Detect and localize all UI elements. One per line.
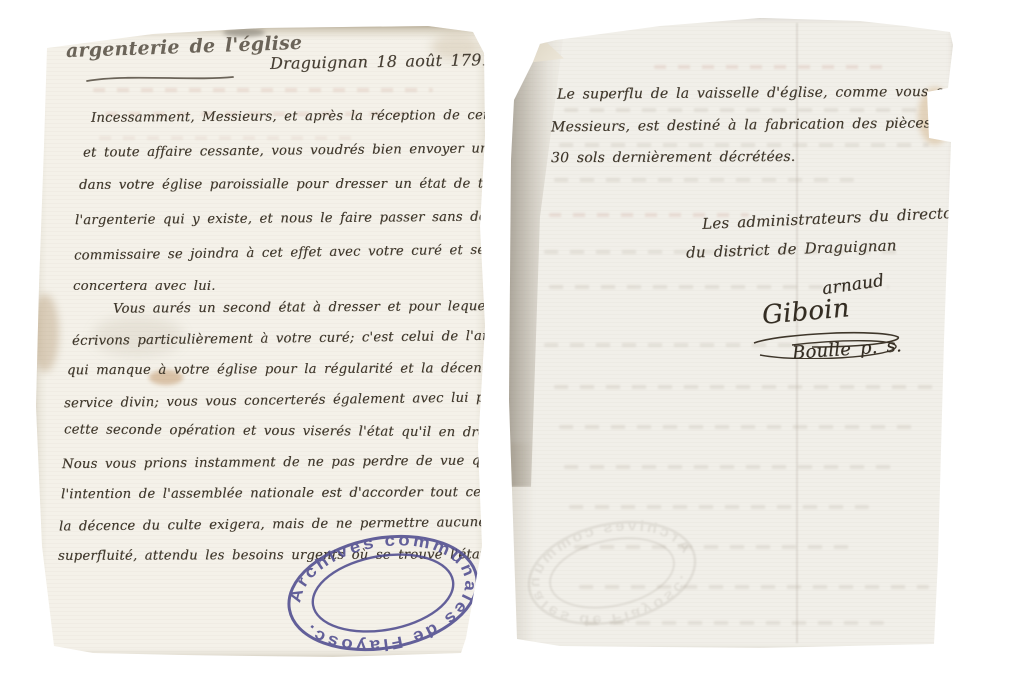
show-through-line: [564, 465, 894, 469]
dateline: Draguignan 18 août 1791: [270, 50, 492, 73]
letter-page-left: argenterie de l'église Draguignan 18 aoû…: [33, 26, 491, 660]
closing-line-1: Les administrateurs du directoire: [702, 203, 974, 233]
handwritten-line: l'argenterie qui y existe, et nous le fa…: [75, 200, 575, 238]
show-through-line: [93, 88, 433, 92]
handwritten-line: Nous vous prions instamment de ne pas pe…: [62, 445, 537, 480]
show-through-line: [554, 385, 934, 389]
handwritten-line: qui manque à votre église pour la régula…: [67, 353, 541, 386]
edge-stain: [31, 294, 59, 372]
handwritten-line: dans votre église paroissialle pour dres…: [79, 167, 579, 203]
handwritten-line: Messieurs, est destiné à la fabrication …: [551, 107, 1005, 144]
paragraph-right: Le superflu de la vaisselle d'église, co…: [551, 77, 1004, 173]
show-through-line: [654, 65, 894, 69]
paragraph-1: Incessamment, Messieurs, et après la réc…: [73, 100, 573, 304]
handwritten-line: et toute affaire cessante, vous voudrés …: [83, 131, 583, 170]
closing-line-2: du district de Draguignan: [686, 236, 897, 261]
document-scan: argenterie de l'église Draguignan 18 aoû…: [0, 0, 1024, 685]
handwritten-line: l'intention de l'assemblée nationale est…: [61, 477, 535, 510]
handwritten-line: commissaire se joindra à cet effet avec …: [74, 233, 574, 274]
svg-text:Archives communales de Flayosc: Archives communales de Flayosc.: [517, 504, 707, 643]
handwritten-line: Le superflu de la vaisselle d'église, co…: [557, 75, 1011, 110]
archival-annotation: argenterie de l'église: [66, 32, 303, 62]
handwritten-line: 30 sols dernièrement décrétées.: [551, 140, 1005, 174]
show-through-line: [569, 505, 869, 509]
letter-page-right: Le superflu de la vaisselle d'église, co…: [504, 13, 956, 651]
ghost-archive-stamp-text: Archives communales de Flayosc.: [517, 504, 707, 643]
show-through-line: [554, 178, 854, 182]
ghost-archive-stamp: Archives communales de Flayosc.: [513, 500, 712, 645]
handwritten-line: service divin; vous vous concerterés éga…: [64, 382, 539, 420]
handwritten-line: écrivons particulièrement à votre curé; …: [72, 320, 547, 357]
handwritten-line: cette seconde opération et vous viserés …: [64, 414, 538, 448]
show-through-line: [559, 425, 919, 429]
annotation-underline: [85, 74, 235, 84]
